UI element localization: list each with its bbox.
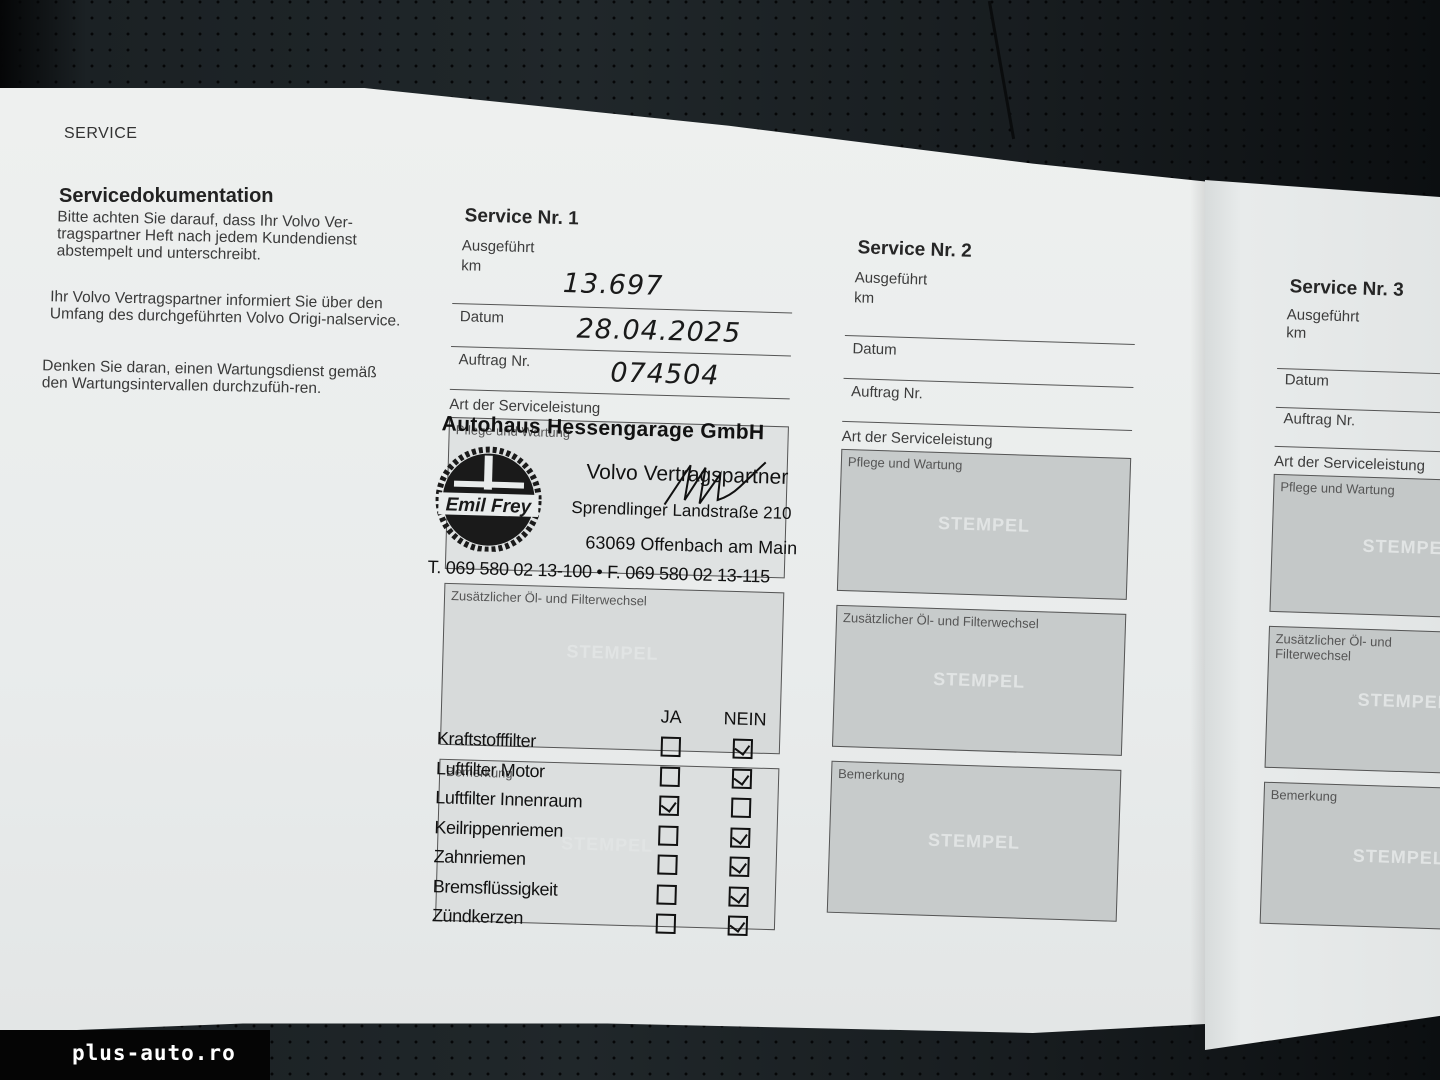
checklist-item-label: Kraftstofffilter [437,728,537,752]
section-label: SERVICE [64,125,137,143]
pflege-caption: Pflege und Wartung [1280,479,1395,498]
ja-checkbox[interactable] [660,766,681,787]
datum-label: Datum [1284,371,1329,389]
km-label: km [1286,324,1307,342]
ausgefuehrt-label: Ausgeführt [854,269,927,288]
oel-box: Zusätzlicher Öl- und Filterwechsel STEMP… [1265,626,1440,774]
intro-paragraph-1: Bitte achten Sie darauf, dass Ihr Volvo … [57,208,408,266]
bemerkung-box: Bemerkung STEMPEL [1260,782,1440,930]
nein-checkbox[interactable] [728,886,749,907]
pflege-caption: Pflege und Wartung [848,454,963,473]
checklist-item-label: Luftfilter Innenraum [435,787,583,812]
km-field[interactable]: Ausgeführt km 13.697 [452,241,794,313]
checklist-item-label: Zündkerzen [432,905,524,929]
stempel-placeholder: STEMPEL [1352,846,1440,870]
art-label: Art der Serviceleistung [1274,453,1440,476]
ja-checkbox[interactable] [656,884,677,905]
stempel-placeholder: STEMPEL [443,638,781,668]
emil-frey-logo-icon: Emil Frey [432,440,545,553]
ja-checkbox[interactable] [657,854,678,875]
checklist-item-label: Keilrippenriemen [434,817,563,842]
service-3-column: Service Nr. 3 Ausgeführt km Datum Auftra… [1259,276,1440,944]
dealer-stamp: Emil Frey Autohaus Hessengarage GmbH Vol… [427,412,812,613]
stempel-placeholder: STEMPEL [1362,536,1440,560]
ja-checkbox[interactable] [658,825,679,846]
km-label: km [854,289,875,307]
checklist-item-label: Zahnriemen [433,846,526,870]
oel-box: Zusätzlicher Öl- und Filterwechsel STEMP… [832,605,1126,756]
auftrag-field[interactable]: Auftrag Nr. 074504 [450,347,791,399]
ja-checkbox[interactable] [659,795,680,816]
stempel-placeholder: STEMPEL [830,827,1119,857]
ja-checkbox[interactable] [656,913,677,934]
datum-label: Datum [460,308,505,326]
auftrag-label: Auftrag Nr. [851,383,923,402]
km-label: km [461,257,481,275]
checklist-item-label: Bremsflüssigkeit [433,876,558,900]
datum-label: Datum [852,340,897,358]
bemerkung-caption: Bemerkung [1270,787,1337,804]
datum-field[interactable]: Datum [1276,369,1440,414]
stempel-placeholder: STEMPEL [840,510,1129,540]
svg-text:Emil Frey: Emil Frey [445,494,533,517]
oel-caption: Zusätzlicher Öl- und Filterwechsel [1275,631,1440,667]
col-yes-header: JA [660,707,682,729]
nein-checkbox[interactable] [728,915,749,936]
km-field[interactable]: Ausgeführt km [1277,312,1440,375]
dealer-city: 63069 Offenbach am Main [585,532,797,559]
checklist-item-label: Luftfilter Motor [436,758,545,782]
pflege-box: Pflege und Wartung STEMPEL [837,449,1131,600]
nein-checkbox[interactable] [729,856,750,877]
oel-caption: Zusätzlicher Öl- und Filterwechsel [843,610,1039,631]
filter-checklist: JA NEIN KraftstofffilterLuftfilter Motor… [422,700,788,942]
dealer-phone: T. 069 580 02 13-100 • F. 069 580 02 13-… [427,557,770,588]
auftrag-value: 074504 [610,357,720,391]
bemerkung-box: Bemerkung STEMPEL [827,761,1122,922]
km-value: 13.697 [562,268,663,302]
bemerkung-caption: Bemerkung [838,766,905,783]
ausgefuehrt-label: Ausgeführt [1287,306,1360,325]
auftrag-field[interactable]: Auftrag Nr. [1275,408,1440,453]
auftrag-label: Auftrag Nr. [458,351,530,370]
auftrag-field[interactable]: Auftrag Nr. [842,379,1133,431]
col-no-header: NEIN [723,708,767,730]
ausgefuehrt-label: Ausgeführt [462,237,535,256]
dealer-role: Volvo Vertragspartner [586,460,789,490]
datum-value: 28.04.2025 [576,313,741,349]
service-2-column: Service Nr. 2 Ausgeführt km Datum Auftra… [826,237,1138,936]
pflege-box: Pflege und Wartung STEMPEL [1269,474,1440,618]
nein-checkbox[interactable] [731,798,752,819]
nein-checkbox[interactable] [732,739,753,760]
nein-checkbox[interactable] [732,768,753,789]
nein-checkbox[interactable] [730,827,751,848]
page-title: Servicedokumentation [59,185,274,208]
stempel-placeholder: STEMPEL [835,666,1124,696]
watermark: plus-auto.ro [72,1041,236,1065]
service-title: Service Nr. 3 [1289,276,1440,304]
km-field[interactable]: Ausgeführt km [845,273,1137,345]
auftrag-label: Auftrag Nr. [1283,410,1355,429]
ja-checkbox[interactable] [661,737,682,758]
stempel-placeholder: STEMPEL [1357,690,1440,714]
